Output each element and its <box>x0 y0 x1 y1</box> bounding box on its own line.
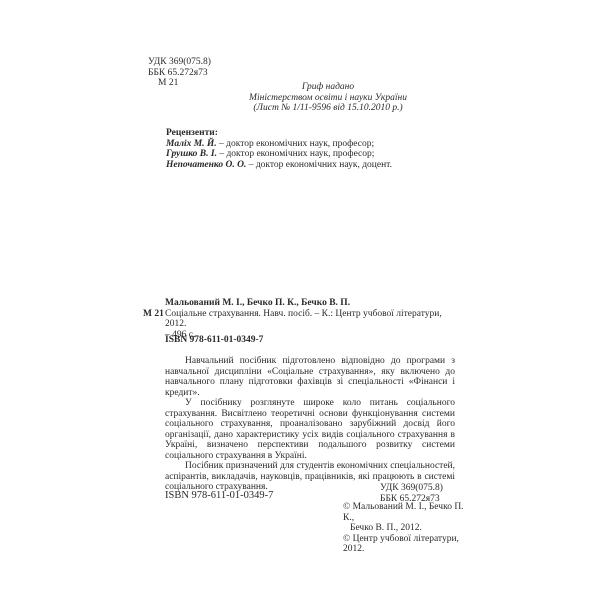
reviewer-item: Непочатенко О. О. – доктор економічних н… <box>166 160 392 171</box>
reviewers-title: Рецензенти: <box>166 128 392 139</box>
annotation-paragraph: У посібнику розглянуте широке коло питан… <box>165 398 455 461</box>
copyright-authors-cont: Бечко В. П., 2012. <box>343 523 473 534</box>
approval-line-2: Міністерством освіти і науки України <box>238 93 418 104</box>
reviewer-name: Непочатенко О. О. <box>166 160 246 170</box>
copyright-block: © Мальований М. І., Бечко П. К., Бечко В… <box>343 502 473 555</box>
annotation: Навчальний посібник підготовлено відпові… <box>165 356 455 493</box>
udk-code: УДК 369(075.8) <box>148 57 211 68</box>
isbn-footer: ISBN 978-611-01-0349-7 <box>165 490 273 501</box>
reviewer-item: Грушко В. І. – доктор економічних наук, … <box>166 149 392 160</box>
reviewer-item: Маліх М. Й. – доктор економічних наук, п… <box>166 139 392 150</box>
reviewer-desc: – доктор економічних наук, доцент. <box>246 160 392 170</box>
approval-line-1: Гриф надано <box>238 82 418 93</box>
isbn-main: ISBN 978-611-01-0349-7 <box>165 335 263 346</box>
copyright-authors: © Мальований М. І., Бечко П. К., <box>343 502 473 523</box>
book-title-line: М 21 Соціальне страхування. Навч. посіб.… <box>143 309 463 330</box>
annotation-paragraph: Навчальний посібник підготовлено відпові… <box>165 356 455 398</box>
book-mark: М 21 <box>143 309 165 330</box>
approval-stamp: Гриф надано Міністерством освіти і науки… <box>238 82 418 114</box>
footer-codes: УДК 369(075.8) ББК 65.272я73 <box>380 483 443 504</box>
bibliographic-record: Мальований М. І., Бечко П. К., Бечко В. … <box>143 298 463 340</box>
copyright-publisher: © Центр учбової літератури, 2012. <box>343 534 473 555</box>
bbk-code: ББК 65.272я73 <box>148 68 211 79</box>
classification-codes: УДК 369(075.8) ББК 65.272я73 М 21 <box>148 57 211 89</box>
reviewers-block: Рецензенти: Маліх М. Й. – доктор економі… <box>166 128 392 170</box>
reviewer-name: Грушко В. І. <box>166 149 217 159</box>
author-mark: М 21 <box>148 78 211 89</box>
book-authors: Мальований М. І., Бечко П. К., Бечко В. … <box>143 298 463 309</box>
reviewer-name: Маліх М. Й. <box>166 139 217 149</box>
book-title: Соціальне страхування. Навч. посіб. – К.… <box>165 309 463 330</box>
approval-line-3: (Лист № 1/11-9596 від 15.10.2010 р.) <box>238 103 418 114</box>
reviewer-desc: – доктор економічних наук, професор; <box>217 139 374 149</box>
footer-udk: УДК 369(075.8) <box>380 483 443 494</box>
reviewer-desc: – доктор економічних наук, професор; <box>217 149 374 159</box>
